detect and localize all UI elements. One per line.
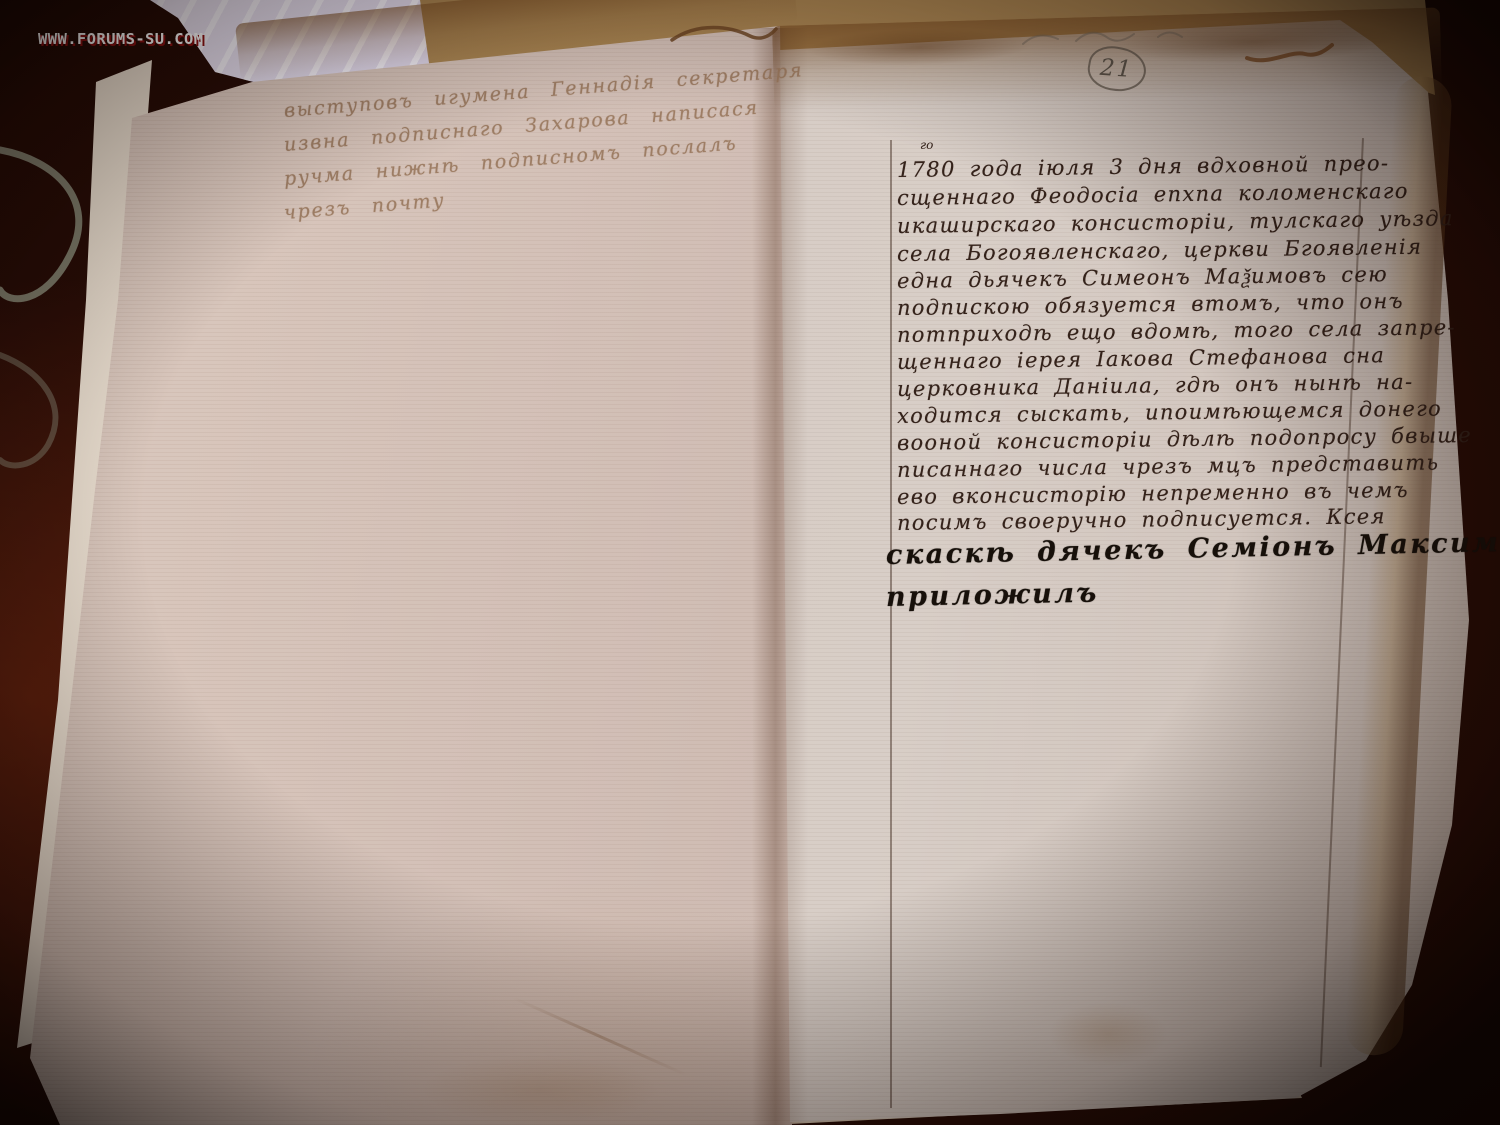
ruled-margin-line-left [890,140,892,1108]
fibre-twig [668,16,780,48]
fibre-twig [1244,38,1336,68]
book-gutter-shadow [752,28,808,1125]
photo-of-open-manuscript: 21 выступовъ игумена Геннадія секретаря … [0,0,1500,1125]
page-stain [1048,1002,1168,1066]
folio-number: 21 [1099,55,1134,83]
date-superscript: го [920,138,933,152]
watermark: WWW.FORUMS-SU.COM [38,30,203,48]
page-stain [420,1055,660,1125]
signature-line: приложилъ [886,578,1099,613]
